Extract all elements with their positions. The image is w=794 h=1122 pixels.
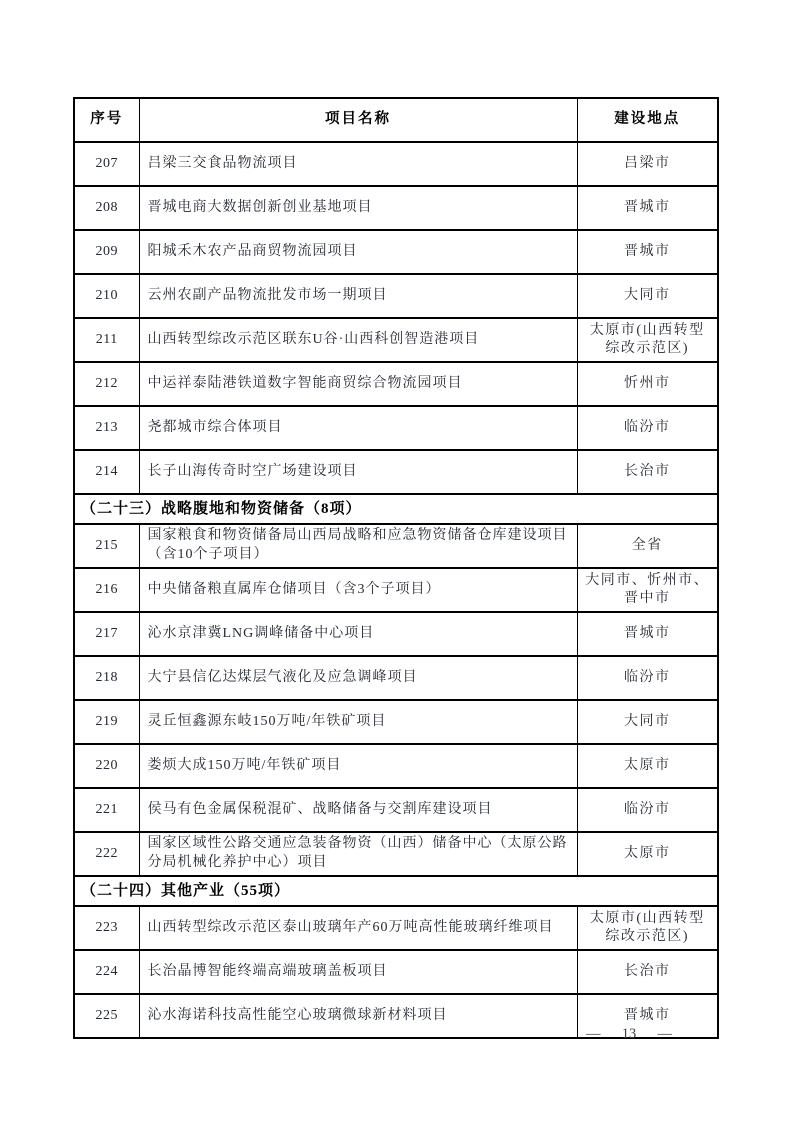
- location-cell: 临汾市: [577, 656, 718, 700]
- location-cell: 太原市(山西转型综改示范区): [577, 318, 718, 362]
- page-footer: — 13 —: [586, 1026, 672, 1043]
- table-row: 210云州农副产品物流批发市场一期项目大同市: [74, 274, 718, 318]
- location-cell: 大同市: [577, 700, 718, 744]
- row-number-cell: 223: [74, 906, 139, 950]
- row-number-cell: 210: [74, 274, 139, 318]
- header-cell-location: 建设地点: [577, 98, 718, 142]
- location-cell: 太原市(山西转型综改示范区): [577, 906, 718, 950]
- project-name-cell: 尧都城市综合体项目: [139, 406, 577, 450]
- table-row: 221侯马有色金属保税混矿、战略储备与交割库建设项目临汾市: [74, 788, 718, 832]
- project-name-cell: 灵丘恒鑫源东岐150万吨/年铁矿项目: [139, 700, 577, 744]
- section-header-label: （二十三）战略腹地和物资储备（8项）: [74, 494, 718, 524]
- row-number-cell: 216: [74, 568, 139, 612]
- project-name-cell: 山西转型综改示范区联东U谷·山西科创智造港项目: [139, 318, 577, 362]
- row-number-cell: 217: [74, 612, 139, 656]
- location-cell: 大同市、忻州市、晋中市: [577, 568, 718, 612]
- footer-left-dash: —: [586, 1026, 601, 1043]
- project-name-cell: 云州农副产品物流批发市场一期项目: [139, 274, 577, 318]
- project-name-cell: 山西转型综改示范区泰山玻璃年产60万吨高性能玻璃纤维项目: [139, 906, 577, 950]
- table-row: 217沁水京津冀LNG调峰储备中心项目晋城市: [74, 612, 718, 656]
- header-cell-number: 序号: [74, 98, 139, 142]
- table-row: 207吕梁三交食品物流项目吕梁市: [74, 142, 718, 186]
- row-number-cell: 219: [74, 700, 139, 744]
- project-name-cell: 中央储备粮直属库仓储项目（含3个子项目）: [139, 568, 577, 612]
- location-cell: 大同市: [577, 274, 718, 318]
- table-row: 224长治晶博智能终端高端玻璃盖板项目长治市: [74, 950, 718, 994]
- project-table: 序号 项目名称 建设地点 207吕梁三交食品物流项目吕梁市208晋城电商大数据创…: [73, 97, 719, 1039]
- table-row: 211山西转型综改示范区联东U谷·山西科创智造港项目太原市(山西转型综改示范区): [74, 318, 718, 362]
- section-header-label: （二十四）其他产业（55项）: [74, 876, 718, 906]
- project-name-cell: 阳城禾木农产品商贸物流园项目: [139, 230, 577, 274]
- location-cell: 临汾市: [577, 406, 718, 450]
- table-row: 219灵丘恒鑫源东岐150万吨/年铁矿项目大同市: [74, 700, 718, 744]
- table-header-row: 序号 项目名称 建设地点: [74, 98, 718, 142]
- project-name-cell: 中运祥泰陆港铁道数字智能商贸综合物流园项目: [139, 362, 577, 406]
- row-number-cell: 209: [74, 230, 139, 274]
- section-header-row: （二十三）战略腹地和物资储备（8项）: [74, 494, 718, 524]
- table-body: 207吕梁三交食品物流项目吕梁市208晋城电商大数据创新创业基地项目晋城市209…: [74, 142, 718, 1038]
- location-cell: 晋城市: [577, 230, 718, 274]
- location-cell: 吕梁市: [577, 142, 718, 186]
- location-cell: 长治市: [577, 450, 718, 494]
- table-row: 208晋城电商大数据创新创业基地项目晋城市: [74, 186, 718, 230]
- row-number-cell: 208: [74, 186, 139, 230]
- section-header-row: （二十四）其他产业（55项）: [74, 876, 718, 906]
- row-number-cell: 221: [74, 788, 139, 832]
- table-row: 216中央储备粮直属库仓储项目（含3个子项目）大同市、忻州市、晋中市: [74, 568, 718, 612]
- location-cell: 全省: [577, 524, 718, 568]
- project-name-cell: 沁水海诺科技高性能空心玻璃微球新材料项目: [139, 994, 577, 1038]
- project-name-cell: 晋城电商大数据创新创业基地项目: [139, 186, 577, 230]
- project-name-cell: 侯马有色金属保税混矿、战略储备与交割库建设项目: [139, 788, 577, 832]
- table-row: 220娄烦大成150万吨/年铁矿项目太原市: [74, 744, 718, 788]
- location-cell: 长治市: [577, 950, 718, 994]
- page-number: 13: [622, 1026, 637, 1043]
- project-name-cell: 吕梁三交食品物流项目: [139, 142, 577, 186]
- table-row: 209阳城禾木农产品商贸物流园项目晋城市: [74, 230, 718, 274]
- document-page: 序号 项目名称 建设地点 207吕梁三交食品物流项目吕梁市208晋城电商大数据创…: [0, 0, 794, 1122]
- location-cell: 临汾市: [577, 788, 718, 832]
- row-number-cell: 213: [74, 406, 139, 450]
- row-number-cell: 225: [74, 994, 139, 1038]
- table-row: 213尧都城市综合体项目临汾市: [74, 406, 718, 450]
- header-cell-project-name: 项目名称: [139, 98, 577, 142]
- row-number-cell: 212: [74, 362, 139, 406]
- project-name-cell: 娄烦大成150万吨/年铁矿项目: [139, 744, 577, 788]
- row-number-cell: 214: [74, 450, 139, 494]
- table-row: 222国家区域性公路交通应急装备物资（山西）储备中心（太原公路分局机械化养护中心…: [74, 832, 718, 876]
- table-row: 212中运祥泰陆港铁道数字智能商贸综合物流园项目忻州市: [74, 362, 718, 406]
- project-name-cell: 国家区域性公路交通应急装备物资（山西）储备中心（太原公路分局机械化养护中心）项目: [139, 832, 577, 876]
- project-name-cell: 国家粮食和物资储备局山西局战略和应急物资储备仓库建设项目（含10个子项目）: [139, 524, 577, 568]
- project-name-cell: 大宁县信亿达煤层气液化及应急调峰项目: [139, 656, 577, 700]
- row-number-cell: 222: [74, 832, 139, 876]
- table-row: 218大宁县信亿达煤层气液化及应急调峰项目临汾市: [74, 656, 718, 700]
- table-row: 223山西转型综改示范区泰山玻璃年产60万吨高性能玻璃纤维项目太原市(山西转型综…: [74, 906, 718, 950]
- location-cell: 太原市: [577, 832, 718, 876]
- table-row: 215国家粮食和物资储备局山西局战略和应急物资储备仓库建设项目（含10个子项目）…: [74, 524, 718, 568]
- footer-right-dash: —: [658, 1026, 673, 1043]
- table-header: 序号 项目名称 建设地点: [74, 98, 718, 142]
- project-name-cell: 沁水京津冀LNG调峰储备中心项目: [139, 612, 577, 656]
- location-cell: 晋城市: [577, 612, 718, 656]
- row-number-cell: 220: [74, 744, 139, 788]
- location-cell: 晋城市: [577, 186, 718, 230]
- project-name-cell: 长子山海传奇时空广场建设项目: [139, 450, 577, 494]
- row-number-cell: 224: [74, 950, 139, 994]
- row-number-cell: 211: [74, 318, 139, 362]
- row-number-cell: 207: [74, 142, 139, 186]
- row-number-cell: 215: [74, 524, 139, 568]
- project-name-cell: 长治晶博智能终端高端玻璃盖板项目: [139, 950, 577, 994]
- location-cell: 忻州市: [577, 362, 718, 406]
- row-number-cell: 218: [74, 656, 139, 700]
- location-cell: 太原市: [577, 744, 718, 788]
- table-row: 214长子山海传奇时空广场建设项目长治市: [74, 450, 718, 494]
